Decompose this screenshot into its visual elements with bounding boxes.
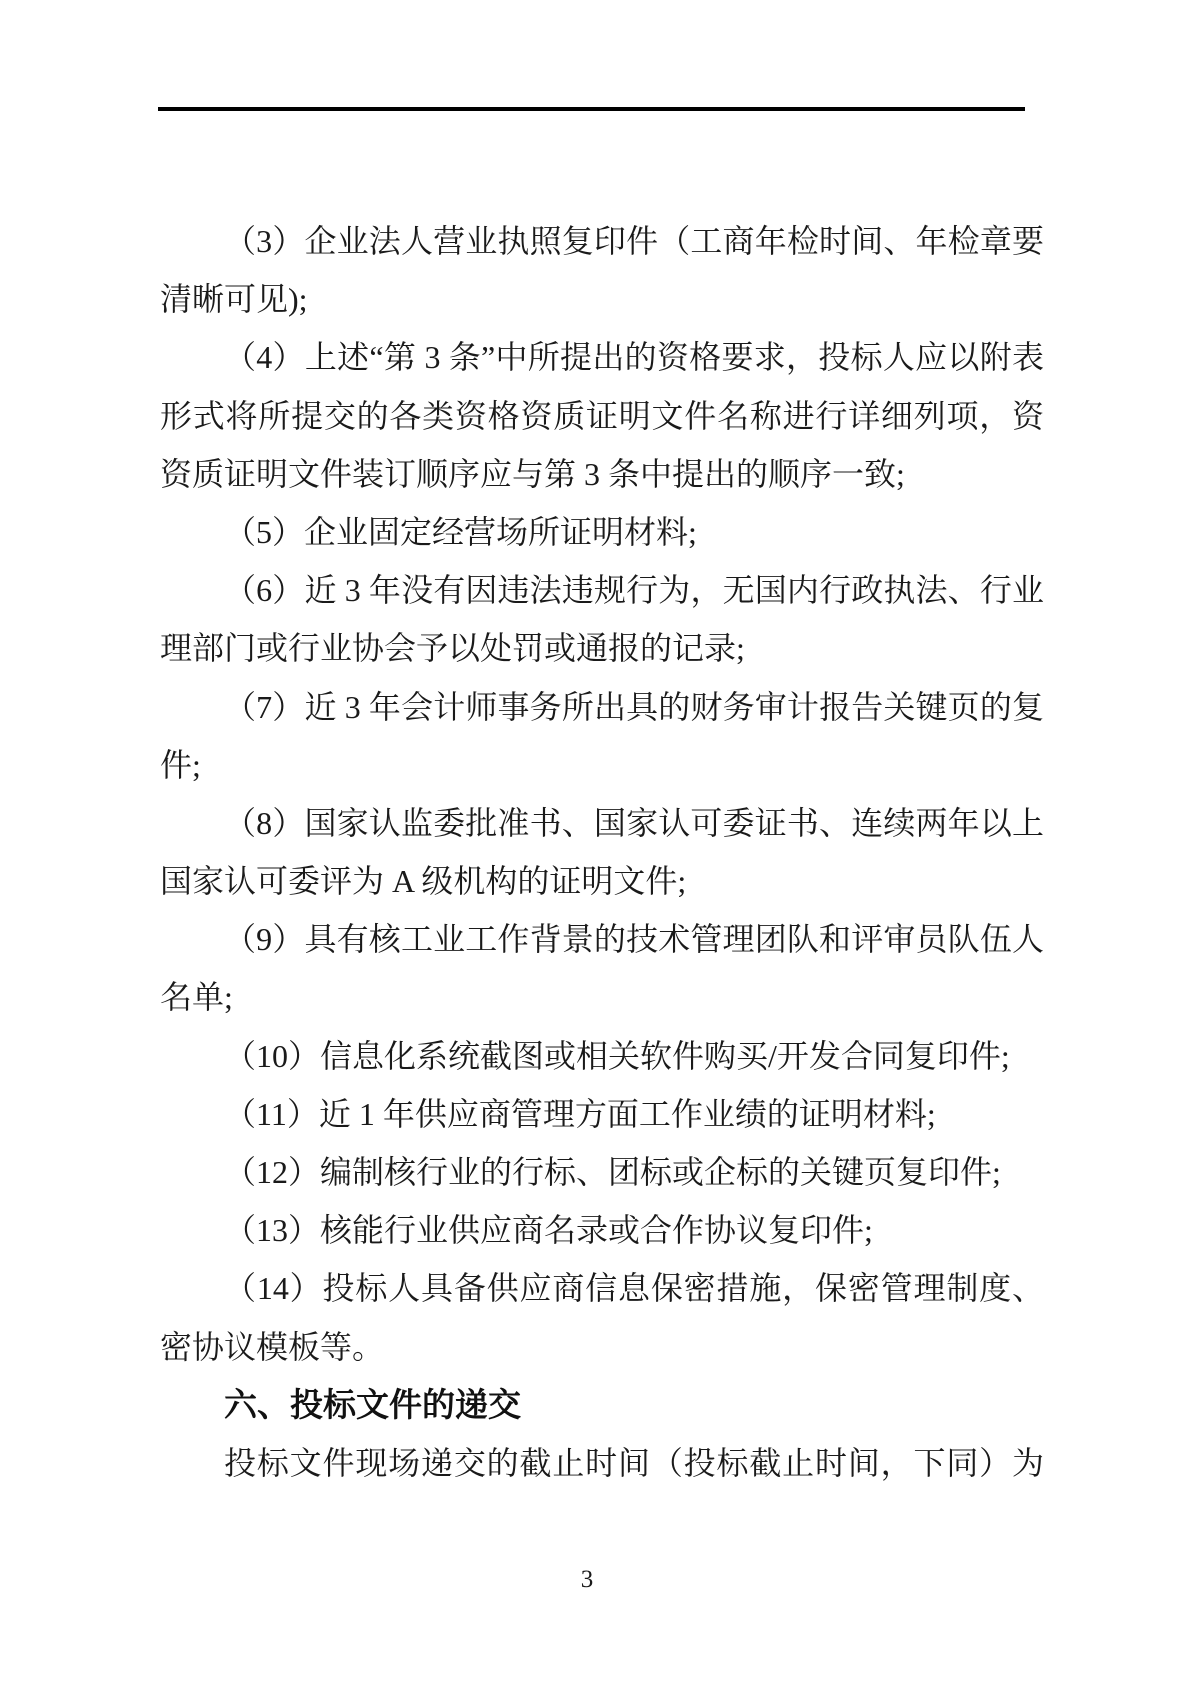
text-line: （6）近 3 年没有因违法违规行为，无国内行政执法、行业管 bbox=[160, 561, 1044, 619]
text-line: 件; bbox=[160, 736, 1044, 794]
text-line: （7）近 3 年会计师事务所出具的财务审计报告关键页的复印 bbox=[160, 678, 1044, 736]
page-number: 3 bbox=[0, 1566, 1174, 1594]
text-line: （5）企业固定经营场所证明材料; bbox=[160, 503, 1044, 561]
text-line: 清晰可见); bbox=[160, 270, 1044, 328]
text-line: 名单; bbox=[160, 968, 1044, 1026]
text-line: （14）投标人具备供应商信息保密措施，保密管理制度、保 bbox=[160, 1259, 1044, 1317]
text-line: 国家认可委评为 A 级机构的证明文件; bbox=[160, 852, 1044, 910]
text-line: 投标文件现场递交的截止时间（投标截止时间，下同）为2025 bbox=[160, 1434, 1044, 1492]
document-page: （3）企业法人营业执照复印件（工商年检时间、年检章要求清晰可见);（4）上述“第… bbox=[0, 0, 1200, 1696]
text-line: （3）企业法人营业执照复印件（工商年检时间、年检章要求 bbox=[160, 212, 1044, 270]
text-line: （10）信息化系统截图或相关软件购买/开发合同复印件; bbox=[160, 1027, 1044, 1085]
section-heading: 六、投标文件的递交 bbox=[160, 1376, 1044, 1434]
text-line: （13）核能行业供应商名录或合作协议复印件; bbox=[160, 1201, 1044, 1259]
text-line: （12）编制核行业的行标、团标或企标的关键页复印件; bbox=[160, 1143, 1044, 1201]
text-line: （4）上述“第 3 条”中所提出的资格要求，投标人应以附表 bbox=[160, 328, 1044, 386]
text-line: （9）具有核工业工作背景的技术管理团队和评审员队伍人员 bbox=[160, 910, 1044, 968]
text-line: 形式将所提交的各类资格资质证明文件名称进行详细列项，资格 bbox=[160, 387, 1044, 445]
document-lines: （3）企业法人营业执照复印件（工商年检时间、年检章要求清晰可见);（4）上述“第… bbox=[160, 212, 1044, 1492]
text-line: （11）近 1 年供应商管理方面工作业绩的证明材料; bbox=[160, 1085, 1044, 1143]
text-line: 密协议模板等。 bbox=[160, 1318, 1044, 1376]
text-line: （8）国家认监委批准书、国家认可委证书、连续两年以上被 bbox=[160, 794, 1044, 852]
header-rule bbox=[158, 107, 1025, 111]
text-line: 理部门或行业协会予以处罚或通报的记录; bbox=[160, 619, 1044, 677]
text-line: 资质证明文件装订顺序应与第 3 条中提出的顺序一致; bbox=[160, 445, 1044, 503]
